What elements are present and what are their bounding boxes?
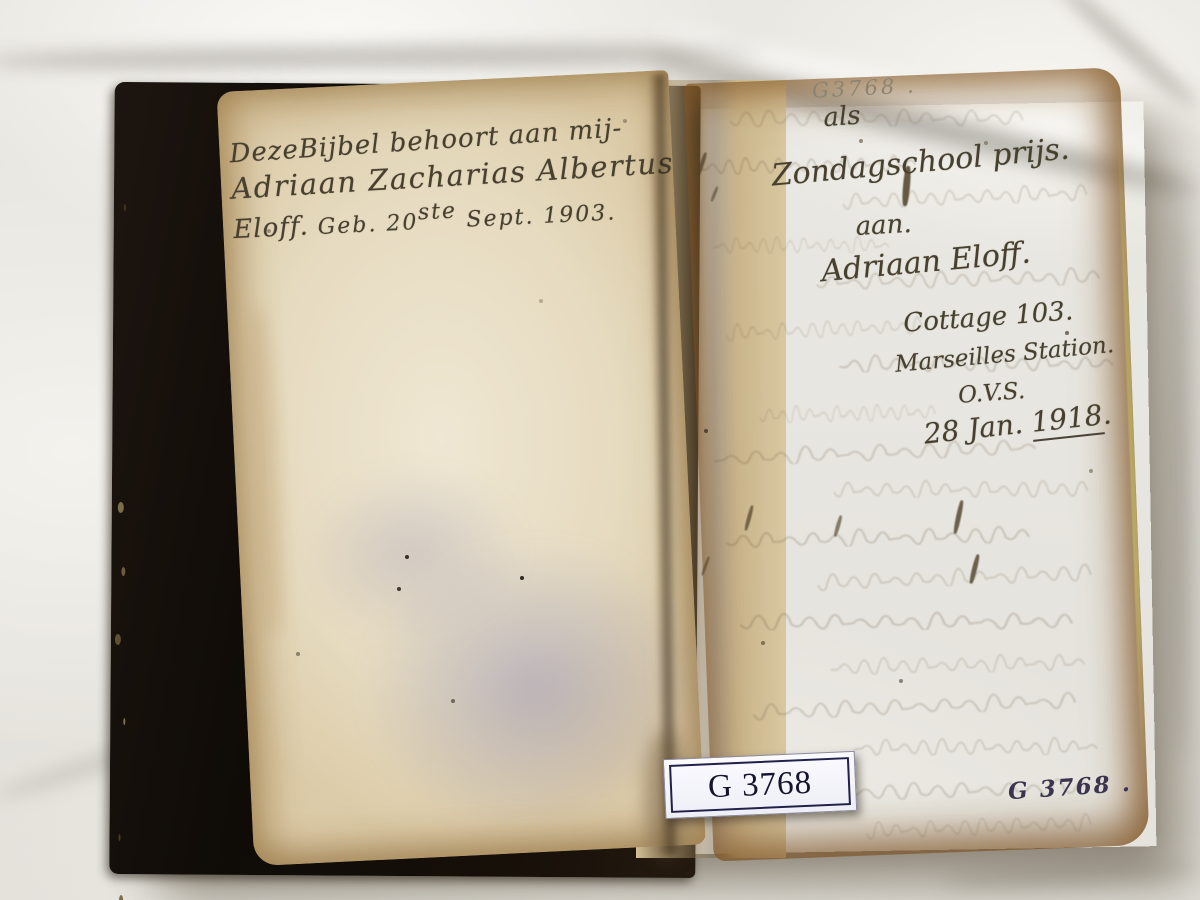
- ownership-inscription: DezeBijbel behoort aan mij- Adriaan Zach…: [229, 114, 677, 245]
- ghost-writing-row: [830, 473, 1090, 498]
- archival-label-text: G 3768: [707, 764, 813, 806]
- ghost-writing-row: [813, 557, 1094, 592]
- inscription-line: aan.: [855, 209, 913, 242]
- owner-surname: Eloff.: [233, 211, 310, 245]
- ghost-writing-row: [849, 731, 1099, 756]
- inscription-line: als: [822, 101, 861, 134]
- ghost-writing-row: [725, 102, 1025, 127]
- right-page: als Zondagschool prijs. aan. Adriaan Elo…: [684, 67, 1150, 861]
- date-year: 1918: [1030, 398, 1105, 441]
- ghost-writing-row: [748, 684, 1079, 721]
- paper-specks: [0, 0, 2, 2]
- inscription-line: O.V.S.: [957, 378, 1026, 409]
- ghost-writing-row: [826, 646, 1086, 675]
- ghost-writing-row: [721, 519, 1031, 549]
- left-page: DezeBijbel behoort aan mij- Adriaan Zach…: [217, 70, 706, 866]
- archival-label-border: G 3768: [669, 757, 851, 813]
- birthdate-rest: Sept. 1903.: [457, 200, 617, 233]
- cloth-fold-top: [0, 42, 760, 72]
- cloth-fold-bottom-right: [940, 859, 1200, 891]
- ordinal-superscript: ste: [417, 198, 457, 225]
- ghost-writing-row: [723, 310, 924, 342]
- edge-stain: [243, 305, 287, 636]
- photograph-scene: DezeBijbel behoort aan mij- Adriaan Zach…: [0, 0, 1200, 900]
- ghost-writing-row: [756, 396, 936, 424]
- ghost-writing-row: [862, 807, 1093, 840]
- birthdate-text: Geb. 20: [308, 210, 419, 240]
- ink-bleed-through-overlay: [684, 67, 1150, 861]
- cloth-fold-right: [1172, 200, 1188, 760]
- archival-label: G 3768: [663, 751, 857, 819]
- ghost-writing-row: [735, 605, 1075, 630]
